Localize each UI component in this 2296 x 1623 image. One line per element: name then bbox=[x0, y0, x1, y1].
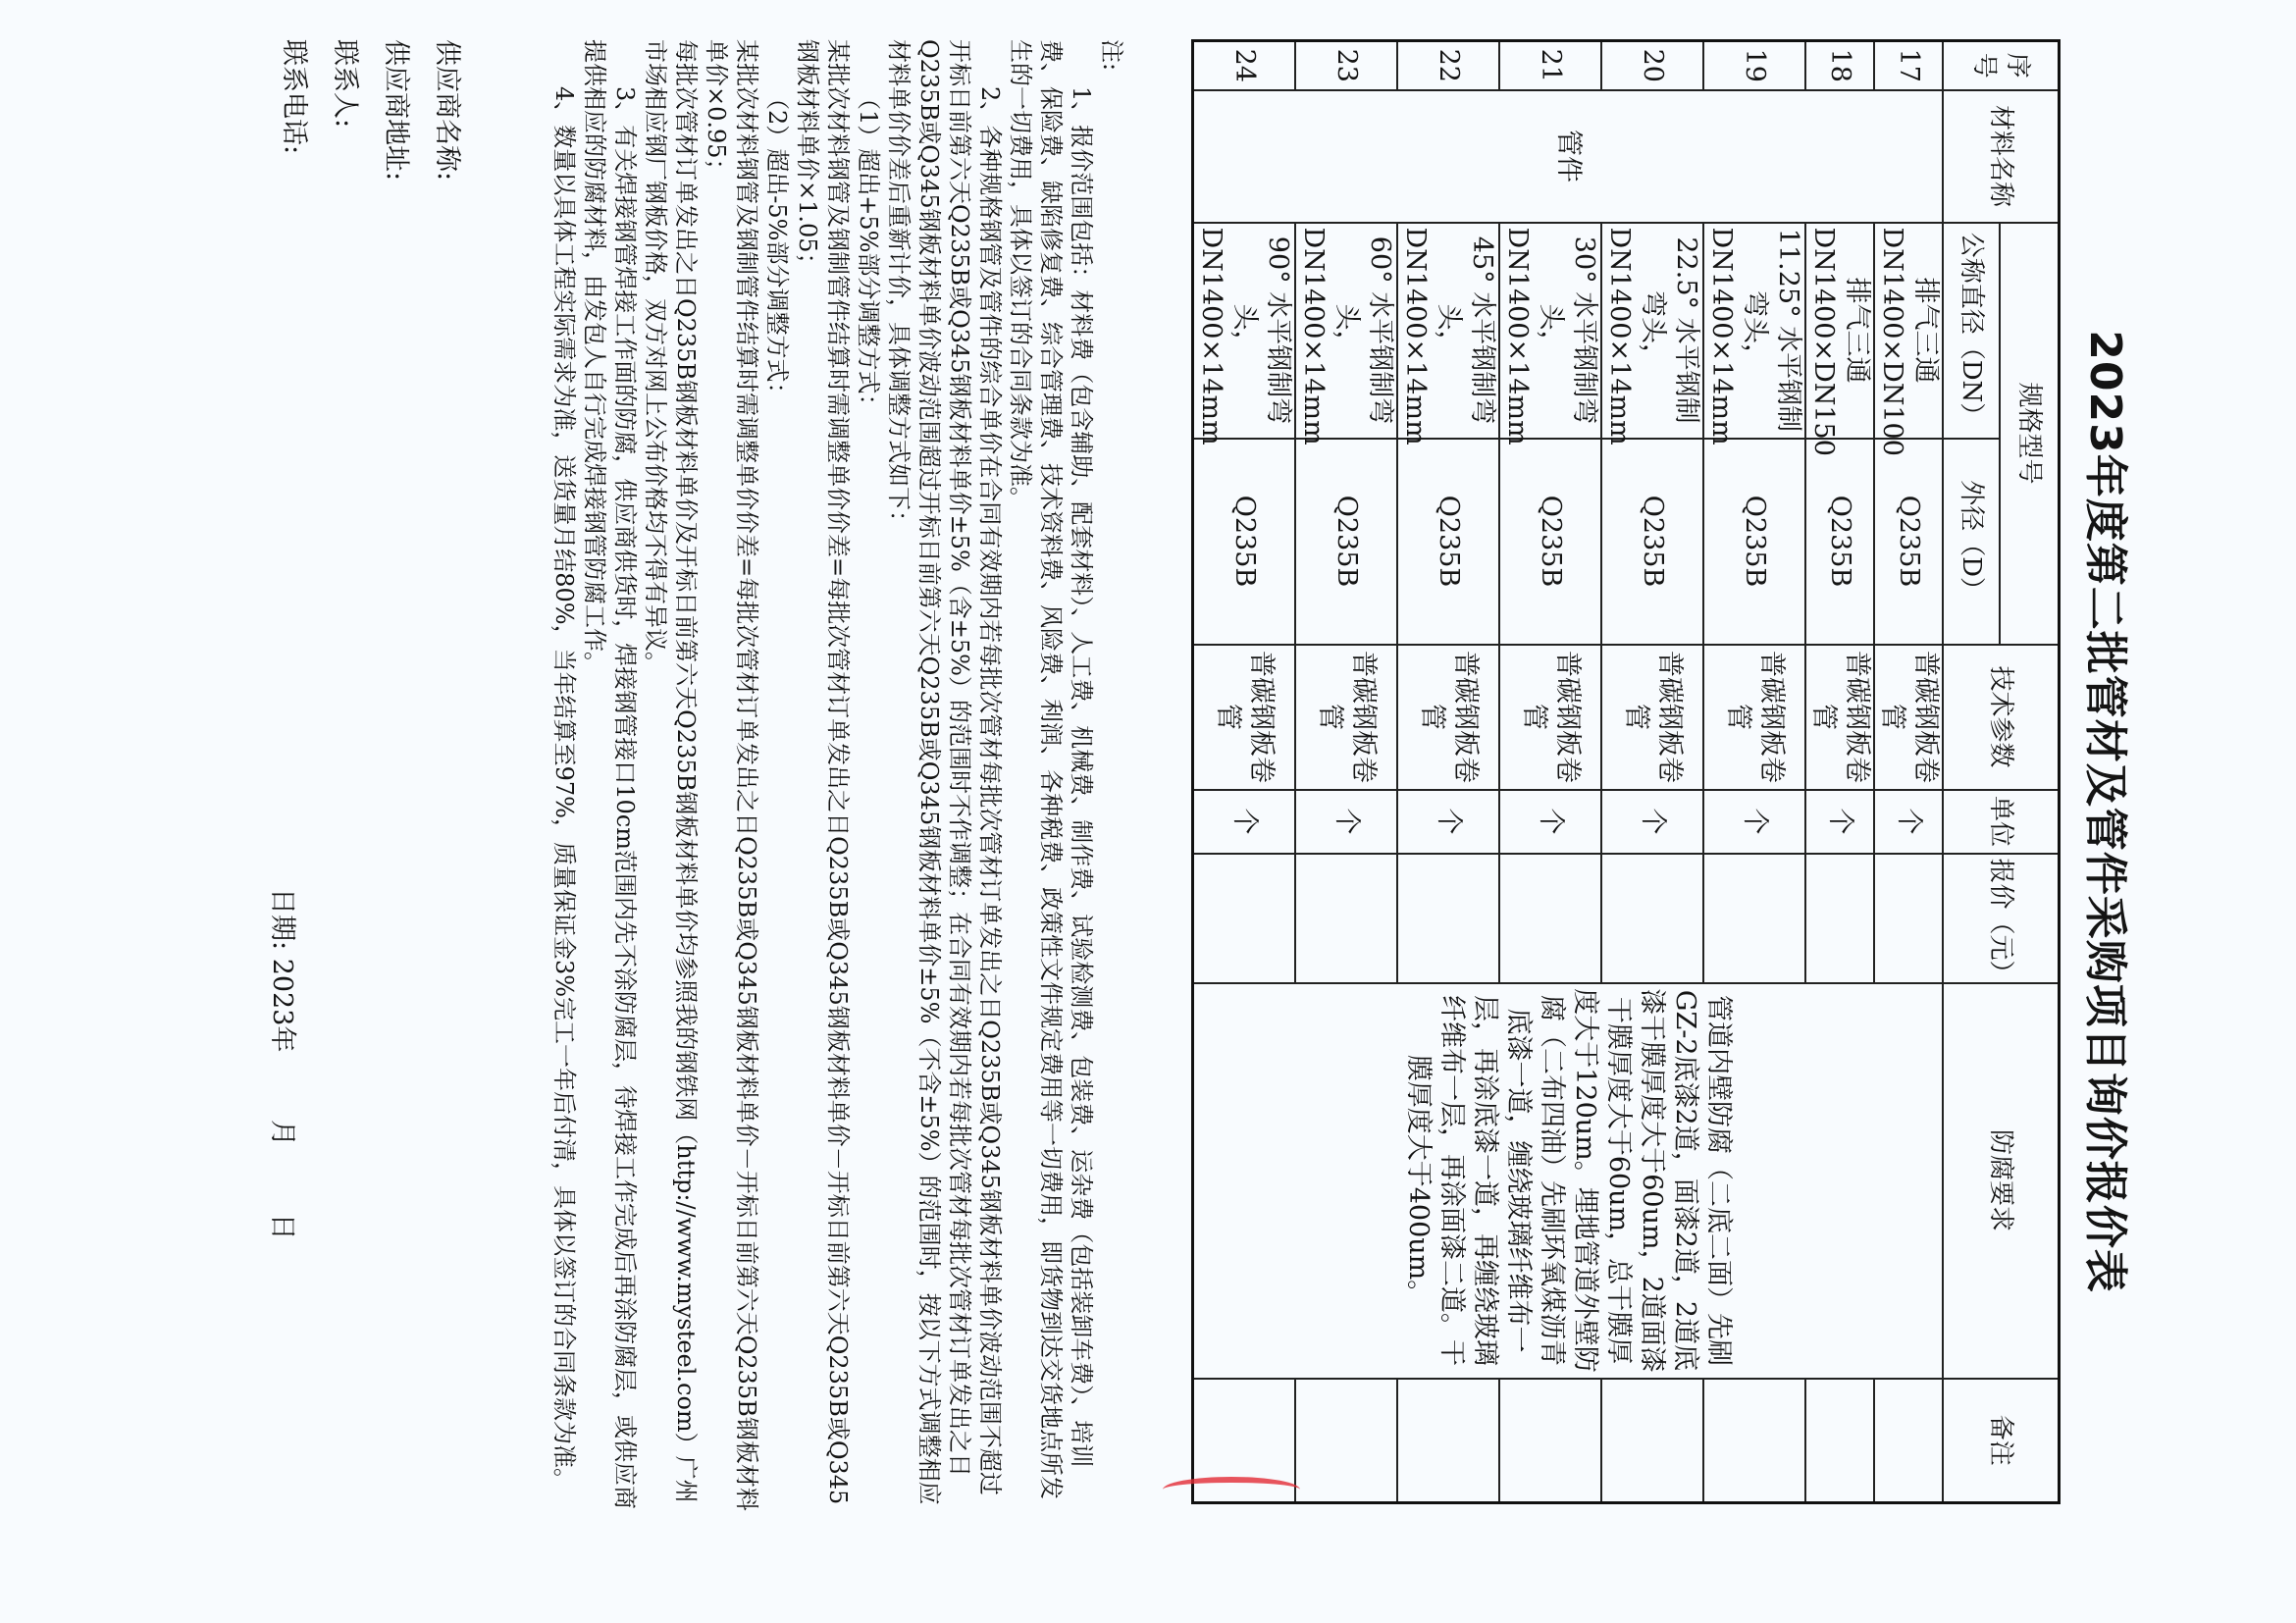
cell-price[interactable] bbox=[1397, 854, 1499, 983]
cell-price[interactable] bbox=[1805, 854, 1874, 983]
cell-anticorrosion: 管道内壁防腐（二底二面）先刷GZ-2底漆2道，面漆2道，2道底漆干膜厚度大于60… bbox=[1193, 983, 1944, 1379]
cell-tech: 普碳钢板卷管 bbox=[1805, 645, 1874, 790]
cell-no: 20 bbox=[1601, 41, 1703, 90]
cell-price[interactable] bbox=[1295, 854, 1397, 983]
note-3: 3、有关焊接钢管焊接工作面的防腐，供应商供货时，焊接钢管接口10cm范围内先不涂… bbox=[579, 39, 640, 1511]
header-spec-group: 规格型号 bbox=[2000, 223, 2060, 645]
cell-unit: 个 bbox=[1601, 790, 1703, 854]
note-2: 2、各种规格钢管及管件的综合单价在合同有效期内若每批次管材每批次管材订单发出之日… bbox=[883, 39, 1005, 1511]
notes-section: 注: 1、报价范围包括：材料费（包含辅助、配套材料）、人工费、机械费、制作费、试… bbox=[548, 39, 1126, 1511]
cell-no: 21 bbox=[1499, 41, 1601, 90]
cell-dn: 90° 水平钢制弯头，DN1400×14mm bbox=[1193, 223, 1296, 439]
cell-od: Q235B bbox=[1703, 439, 1805, 645]
note-2-2-text: 某批次材料钢管及钢制管件结算时需调整单价价差=每批次管材订单发出之日Q235B或… bbox=[701, 39, 761, 1511]
cell-no: 23 bbox=[1295, 41, 1397, 90]
cell-dn: 11.25° 水平钢制弯头，DN1400×14mm bbox=[1703, 223, 1805, 439]
signature-block: 供应商名称: 供应商地址: 联系人: 联系电话: bbox=[267, 39, 471, 181]
cell-price[interactable] bbox=[1874, 854, 1943, 983]
cell-od: Q235B bbox=[1499, 439, 1601, 645]
contact-phone-field[interactable]: 联系电话: bbox=[267, 39, 318, 181]
red-seal-mark bbox=[1163, 1477, 1300, 1502]
cell-no: 24 bbox=[1193, 41, 1296, 90]
date-year: 2023年 bbox=[267, 959, 297, 1053]
cell-unit: 个 bbox=[1397, 790, 1499, 854]
note-2-1-text: 某批次材料钢管及钢制管件结算时需调整单价价差=每批次管材订单发出之日Q235B或… bbox=[792, 39, 853, 1511]
header-price: 报价（元） bbox=[1943, 854, 2060, 983]
cell-tech: 普碳钢板卷管 bbox=[1397, 645, 1499, 790]
cell-price[interactable] bbox=[1499, 854, 1601, 983]
cell-remark[interactable] bbox=[1874, 1379, 1943, 1503]
header-remark: 备注 bbox=[1943, 1379, 2060, 1503]
note-2-1-title: （1）超出+5%部分调整方式： bbox=[853, 39, 883, 1511]
table-row: 17管件排气三通 DN1400×DN100Q235B普碳钢板卷管个管道内壁防腐（… bbox=[1874, 41, 1943, 1503]
cell-dn: 45° 水平钢制弯头，DN1400×14mm bbox=[1397, 223, 1499, 439]
cell-tech: 普碳钢板卷管 bbox=[1874, 645, 1943, 790]
document-page: 2023年度第二批管材及管件采购项目询价报价表 序号 材料名称 规格型号 技术参… bbox=[0, 0, 2296, 1623]
note-2-tail: 每批次管材订单发出之日Q235B钢板材料单价及开标日前第六天Q235B钢板材料单… bbox=[640, 39, 701, 1511]
contact-person-field[interactable]: 联系人: bbox=[318, 39, 369, 181]
header-tech: 技术参数 bbox=[1943, 645, 2060, 790]
header-material: 材料名称 bbox=[1943, 90, 2060, 223]
cell-dn: 排气三通 DN1400×DN100 bbox=[1874, 223, 1943, 439]
date-month: 月 bbox=[267, 1120, 297, 1146]
cell-price[interactable] bbox=[1601, 854, 1703, 983]
header-od: 外径（D） bbox=[1943, 439, 2000, 645]
cell-unit: 个 bbox=[1499, 790, 1601, 854]
cell-price[interactable] bbox=[1193, 854, 1296, 983]
supplier-name-field[interactable]: 供应商名称: bbox=[420, 39, 471, 181]
cell-remark[interactable] bbox=[1295, 1379, 1397, 1503]
header-anticorrosion: 防腐要求 bbox=[1943, 983, 2060, 1379]
cell-od: Q235B bbox=[1874, 439, 1943, 645]
quotation-table: 序号 材料名称 规格型号 技术参数 单位 报价（元） 防腐要求 备注 公称直径（… bbox=[1191, 39, 2061, 1504]
cell-no: 17 bbox=[1874, 41, 1943, 90]
cell-tech: 普碳钢板卷管 bbox=[1295, 645, 1397, 790]
cell-dn: 30° 水平钢制弯头，DN1400×14mm bbox=[1499, 223, 1601, 439]
cell-remark[interactable] bbox=[1703, 1379, 1805, 1503]
cell-od: Q235B bbox=[1295, 439, 1397, 645]
cell-od: Q235B bbox=[1601, 439, 1703, 645]
cell-dn: 60° 水平钢制弯头，DN1400×14mm bbox=[1295, 223, 1397, 439]
cell-no: 19 bbox=[1703, 41, 1805, 90]
note-1: 1、报价范围包括：材料费（包含辅助、配套材料）、人工费、机械费、制作费、试验检测… bbox=[1005, 39, 1096, 1511]
cell-no: 22 bbox=[1397, 41, 1499, 90]
note-4: 4、数量以具体工程实际需求为准，送货量月结80%，当年结算至97%，质量保证金3… bbox=[548, 39, 579, 1511]
cell-remark[interactable] bbox=[1397, 1379, 1499, 1503]
date-field[interactable]: 日期: 2023年 月 日 bbox=[266, 888, 304, 1240]
cell-remark[interactable] bbox=[1601, 1379, 1703, 1503]
cell-material-group: 管件 bbox=[1193, 90, 1944, 223]
cell-unit: 个 bbox=[1874, 790, 1943, 854]
supplier-address-field[interactable]: 供应商地址: bbox=[369, 39, 420, 181]
cell-od: Q235B bbox=[1397, 439, 1499, 645]
note-2-2-title: （2）超出-5%部分调整方式： bbox=[761, 39, 792, 1511]
cell-price[interactable] bbox=[1703, 854, 1805, 983]
cell-unit: 个 bbox=[1295, 790, 1397, 854]
header-dn: 公称直径（DN） bbox=[1943, 223, 2000, 439]
cell-od: Q235B bbox=[1805, 439, 1874, 645]
header-unit: 单位 bbox=[1943, 790, 2060, 854]
date-label: 日期: bbox=[267, 888, 297, 950]
header-row: 序号 材料名称 规格型号 技术参数 单位 报价（元） 防腐要求 备注 bbox=[2000, 41, 2060, 1503]
cell-unit: 个 bbox=[1193, 790, 1296, 854]
cell-tech: 普碳钢板卷管 bbox=[1601, 645, 1703, 790]
cell-dn: 排气三通 DN1400×DN150 bbox=[1805, 223, 1874, 439]
cell-tech: 普碳钢板卷管 bbox=[1703, 645, 1805, 790]
cell-unit: 个 bbox=[1703, 790, 1805, 854]
cell-remark[interactable] bbox=[1805, 1379, 1874, 1503]
header-no: 序号 bbox=[1943, 41, 2060, 90]
date-day: 日 bbox=[267, 1214, 297, 1240]
cell-remark[interactable] bbox=[1499, 1379, 1601, 1503]
notes-label: 注: bbox=[1096, 39, 1126, 1511]
cell-tech: 普碳钢板卷管 bbox=[1499, 645, 1601, 790]
cell-no: 18 bbox=[1805, 41, 1874, 90]
cell-tech: 普碳钢板卷管 bbox=[1193, 645, 1296, 790]
cell-od: Q235B bbox=[1193, 439, 1296, 645]
cell-dn: 22.5° 水平钢制弯头，DN1400×14mm bbox=[1601, 223, 1703, 439]
document-title: 2023年度第二批管材及管件采购项目询价报价表 bbox=[2078, 0, 2141, 1623]
cell-unit: 个 bbox=[1805, 790, 1874, 854]
